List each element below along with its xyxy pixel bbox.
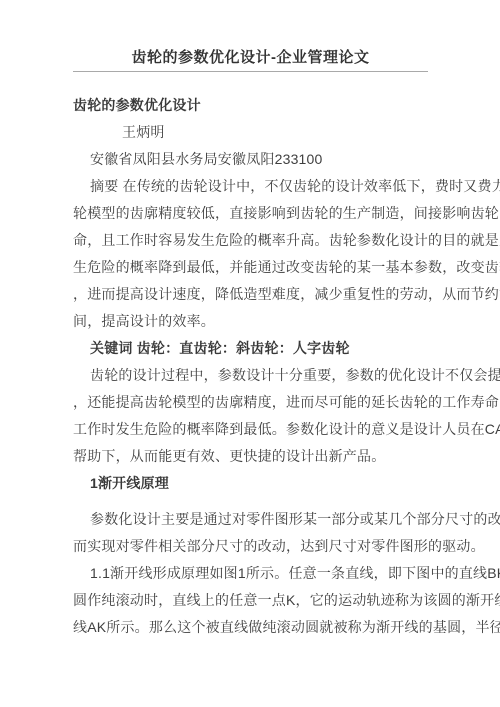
author-name: 王炳明 [73, 119, 428, 146]
intro-line: ，还能提高齿轮模型的齿廓精度，进而尽可能的延长齿轮的工作寿命，将齿 轮 [73, 389, 428, 416]
document-content: 齿轮的参数优化设计-企业管理论文 齿轮的参数优化设计 王炳明 安徽省凤阳县水务局… [0, 0, 500, 641]
article-title: 齿轮的参数优化设计 [73, 92, 428, 119]
keywords-line: 关键词 齿轮：直齿轮：斜齿轮：人字齿轮 [73, 335, 428, 362]
section-1-line: 线AK所示。那么这个被直线做纯滚动圆就被称为渐开线的基圆，半径用 rb表示 [73, 614, 428, 641]
document-title: 齿轮的参数优化设计-企业管理论文 [73, 46, 428, 72]
intro-paragraph: 齿轮的设计过程中，参数设计十分重要，参数的优化设计不仅会提高效 率 ，还能提高齿… [73, 362, 428, 470]
section-1-line: 参数化设计主要是通过对零件图形某一部分或某几个部分尺寸的改动，从 [73, 506, 428, 533]
intro-line: 工作时发生危险的概率降到最低。参数化设计的意义是设计人员在CAD系 统的 [73, 416, 428, 443]
section-1-heading: 1渐开线原理 [73, 470, 428, 497]
intro-line: 帮助下，从而能更有效、更快捷的设计出新产品。 [73, 443, 428, 470]
abstract-line: 生危险的概率降到最低，并能通过改变齿轮的某一基本参数，改变齿轮的形 状 [73, 254, 428, 281]
document-page: 齿轮的参数优化设计-企业管理论文 齿轮的参数优化设计 王炳明 安徽省凤阳县水务局… [0, 0, 500, 707]
section-1-line: 而实现对零件相关部分尺寸的改动，达到尺寸对零件图形的驱动。 [73, 533, 428, 560]
section-1-paragraph-2: 1.1渐开线形成原理如图1所示。任意一条直线，即下图中的直线BK沿一 个 圆作纯… [73, 560, 428, 641]
abstract-line: 间，提高设计的效率。 [73, 308, 428, 335]
document-body: 齿轮的参数优化设计 王炳明 安徽省凤阳县水务局安徽凤阳233100 摘要 在传统… [73, 92, 428, 641]
abstract-line: 轮模型的齿廓精度较低，直接影响到齿轮的生产制造，间接影响齿轮的工作寿 [73, 200, 428, 227]
author-affiliation: 安徽省凤阳县水务局安徽凤阳233100 [73, 146, 428, 173]
abstract-paragraph: 摘要 在传统的齿轮设计中，不仅齿轮的设计效率低下，费时又费力并且齿 轮模型的齿廓… [73, 173, 428, 335]
section-1-line: 圆作纯滚动时，直线上的任意一点K，它的运动轨迹称为该圆的渐开线，如 图中 [73, 587, 428, 614]
abstract-line: ，进而提高设计速度，降低造型难度，减少重复性的劳动，从而节约设计的 时 [73, 281, 428, 308]
intro-line: 齿轮的设计过程中，参数设计十分重要，参数的优化设计不仅会提高效 率 [73, 362, 428, 389]
section-1-paragraph-1: 参数化设计主要是通过对零件图形某一部分或某几个部分尺寸的改动，从 而实现对零件相… [73, 506, 428, 560]
section-1-line: 1.1渐开线形成原理如图1所示。任意一条直线，即下图中的直线BK沿一 个 [73, 560, 428, 587]
abstract-line: 摘要 在传统的齿轮设计中，不仅齿轮的设计效率低下，费时又费力并且齿 [73, 173, 428, 200]
abstract-line: 命，且工作时容易发生危险的概率升高。齿轮参数化设计的目的就是为了将发 [73, 227, 428, 254]
